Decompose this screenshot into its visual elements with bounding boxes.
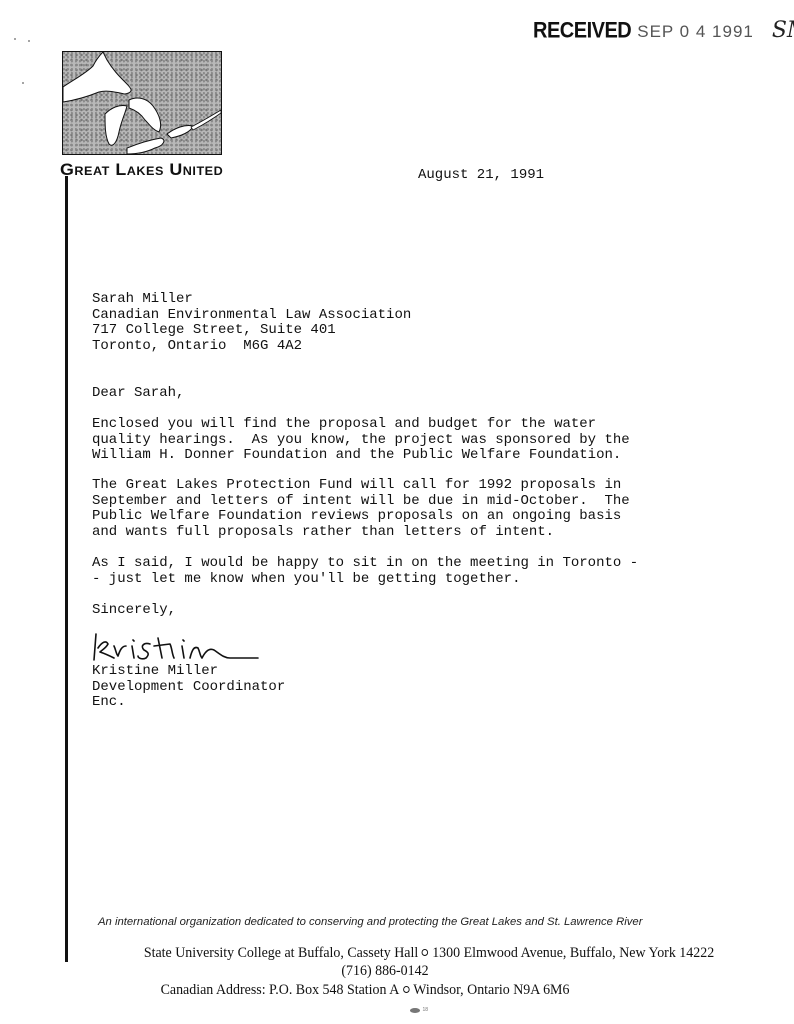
received-stamp-word: RECEIVED: [533, 19, 631, 44]
sender-block: Kristine MillerDevelopment CoordinatorEn…: [92, 664, 285, 711]
recipient-address: Sarah MillerCanadian Environmental Law A…: [92, 292, 411, 354]
footer-us-address-part2: 1300 Elmwood Avenue, Buffalo, New York 1…: [432, 945, 714, 961]
recipient-street: 717 College Street, Suite 401: [92, 323, 411, 339]
footer-tagline: An international organization dedicated …: [98, 916, 642, 928]
footer-phone: (716) 886-0142: [16, 963, 754, 980]
body-line: and wants full proposals rather than let…: [92, 525, 630, 541]
body-line: September and letters of intent will be …: [92, 494, 630, 510]
body-paragraph: Enclosed you will find the proposal and …: [92, 417, 630, 464]
footer-canada-address-part2: Windsor, Ontario N9A 6M6: [413, 982, 569, 998]
body-line: Public Welfare Foundation reviews propos…: [92, 509, 630, 525]
body-paragraph: As I said, I would be happy to sit in on…: [92, 556, 638, 587]
letter-date: August 21, 1991: [418, 167, 544, 183]
organization-wordmark: Great Lakes United: [60, 160, 223, 180]
received-stamp: RECEIVED SEP 0 4 1991 SM: [533, 18, 794, 43]
body-line: As I said, I would be happy to sit in on…: [92, 556, 638, 572]
bullet-icon: [403, 986, 410, 993]
body-line: William H. Donner Foundation and the Pub…: [92, 448, 630, 464]
recipient-name: Sarah Miller: [92, 292, 411, 308]
great-lakes-map-icon: [62, 51, 222, 155]
scan-speck: [14, 38, 16, 40]
closing: Sincerely,: [92, 603, 176, 619]
footer-us-address-part1: State University College at Buffalo, Cas…: [144, 945, 418, 961]
sender-name: Kristine Miller: [92, 664, 285, 680]
scan-speck: [22, 82, 24, 84]
body-line: quality hearings. As you know, the proje…: [92, 433, 630, 449]
handwritten-signature: [92, 630, 262, 662]
enclosure-note: Enc.: [92, 695, 285, 711]
body-paragraph: The Great Lakes Protection Fund will cal…: [92, 478, 630, 540]
left-margin-rule: [65, 176, 68, 962]
body-line: The Great Lakes Protection Fund will cal…: [92, 478, 630, 494]
body-line: Enclosed you will find the proposal and …: [92, 417, 630, 433]
union-label-icon: 18: [410, 1007, 428, 1013]
footer-us-address: State University College at Buffalo, Cas…: [60, 945, 794, 962]
received-stamp-date: SEP 0 4 1991: [637, 22, 754, 42]
footer-canada-address-part1: Canadian Address: P.O. Box 548 Station A: [161, 982, 400, 998]
letter-page: RECEIVED SEP 0 4 1991 SM Great Lakes Uni…: [0, 0, 794, 1024]
recipient-organization: Canadian Environmental Law Association: [92, 308, 411, 324]
recipient-city: Toronto, Ontario M6G 4A2: [92, 339, 411, 355]
union-label-mark: [410, 1008, 420, 1013]
footer-canada-address: Canadian Address: P.O. Box 548 Station A…: [0, 982, 734, 999]
sender-title: Development Coordinator: [92, 680, 285, 696]
scan-speck: [28, 40, 30, 42]
body-line: - just let me know when you'll be gettin…: [92, 572, 638, 588]
salutation: Dear Sarah,: [92, 386, 184, 402]
bullet-icon: [422, 949, 429, 956]
union-label-number: 18: [422, 1007, 428, 1013]
handwritten-initials: SM: [772, 18, 794, 43]
